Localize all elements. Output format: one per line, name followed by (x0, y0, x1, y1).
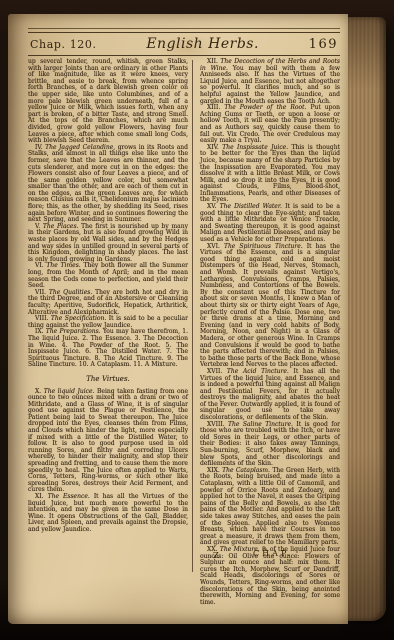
paragraph-body: It has the Virtues of the Essence, and i… (200, 243, 340, 369)
right-column: XII. The Decoction of the Herbs and Root… (200, 59, 340, 606)
paragraph-body: It is said to be a good thing to clear t… (200, 203, 340, 243)
paragraph-body: The first is nourished up by many in the… (28, 223, 188, 263)
paragraph: XIII. The Powder of the Root. Put upon A… (200, 105, 340, 145)
paragraph-body: You may boil with them a few Anniseeds a… (200, 65, 340, 105)
section-heading: The Virtues. (28, 376, 188, 383)
header-bottom-rule (28, 55, 340, 56)
paragraph-body: It is good for those who are troubled wi… (200, 421, 340, 468)
book: Chap. 120. English Herbs. 169 up several… (8, 14, 386, 624)
paragraph-body: This is thought to be better for the Eye… (200, 144, 340, 204)
paragraph: XVII. The Acid Tincture. It has all the … (200, 369, 340, 422)
text-columns: up several tender, round, whitish, green… (28, 59, 340, 606)
paragraph: XVI. The Spirituous Tincture. It has the… (200, 244, 340, 369)
chapter-number: Chap. 120. (30, 38, 97, 51)
paragraph: IV. The Jagged Celandine, grows in its R… (28, 145, 188, 224)
paragraph-body: It has all the Virtues of the liquid Jui… (28, 493, 188, 533)
column-divider-rule (192, 60, 193, 572)
paragraph-body: Put upon Aching Gums or Teeth, or upon a… (200, 104, 340, 144)
paragraph: XV. The Distilled Water. It is said to b… (200, 204, 340, 244)
paragraph: X. The liquid Juice. Being taken fasting… (28, 389, 188, 495)
running-header: Chap. 120. English Herbs. 169 (28, 33, 340, 54)
paragraph: XII. The Decoction of the Herbs and Root… (200, 59, 340, 105)
book-fore-edge-pages (346, 17, 386, 621)
paragraph-body: Being taken fasting from one ounce to tw… (28, 388, 188, 494)
paragraph: VI. The Times. They both flower all the … (28, 263, 188, 289)
catchword: CHAP. (253, 549, 293, 558)
paragraph: IX. The Preparations. You may have there… (28, 329, 188, 369)
paragraph: XVIII. The Saline Tincture. It is good f… (200, 422, 340, 468)
paragraph: V. The Places. The first is nourished up… (28, 224, 188, 264)
signature-mark: Z (213, 551, 219, 561)
paragraph: VII. The Qualities. They are both hot an… (28, 290, 188, 316)
paragraph-body: It has all the Virtues of the liquid Jui… (200, 368, 340, 421)
photo-of-book-page: Chap. 120. English Herbs. 169 up several… (0, 0, 394, 640)
paragraph-body: grows in its Roots and Stalks, and almos… (28, 144, 188, 224)
paragraph: XI. The Essence. It has all the Virtues … (28, 494, 188, 534)
paragraph-body: You may have therefrom, 1. The liquid Ju… (28, 328, 188, 368)
paragraph-body: up several tender, round, whitish, green… (28, 58, 188, 144)
paragraph: XIV. The Inspissate Juice. This is thoug… (200, 145, 340, 204)
paragraph: up several tender, round, whitish, green… (28, 59, 188, 145)
page-number: 169 (309, 37, 338, 52)
paragraph-body: The Green Herb, with the Roots, being br… (200, 467, 340, 547)
left-column: up several tender, round, whitish, green… (28, 59, 188, 606)
page: Chap. 120. English Herbs. 169 up several… (8, 14, 348, 624)
page-title: English Herbs. (97, 36, 309, 52)
paragraph: XIX. The Cataplasm. The Green Herb, with… (200, 468, 340, 547)
page-content: Chap. 120. English Herbs. 169 up several… (28, 28, 340, 606)
